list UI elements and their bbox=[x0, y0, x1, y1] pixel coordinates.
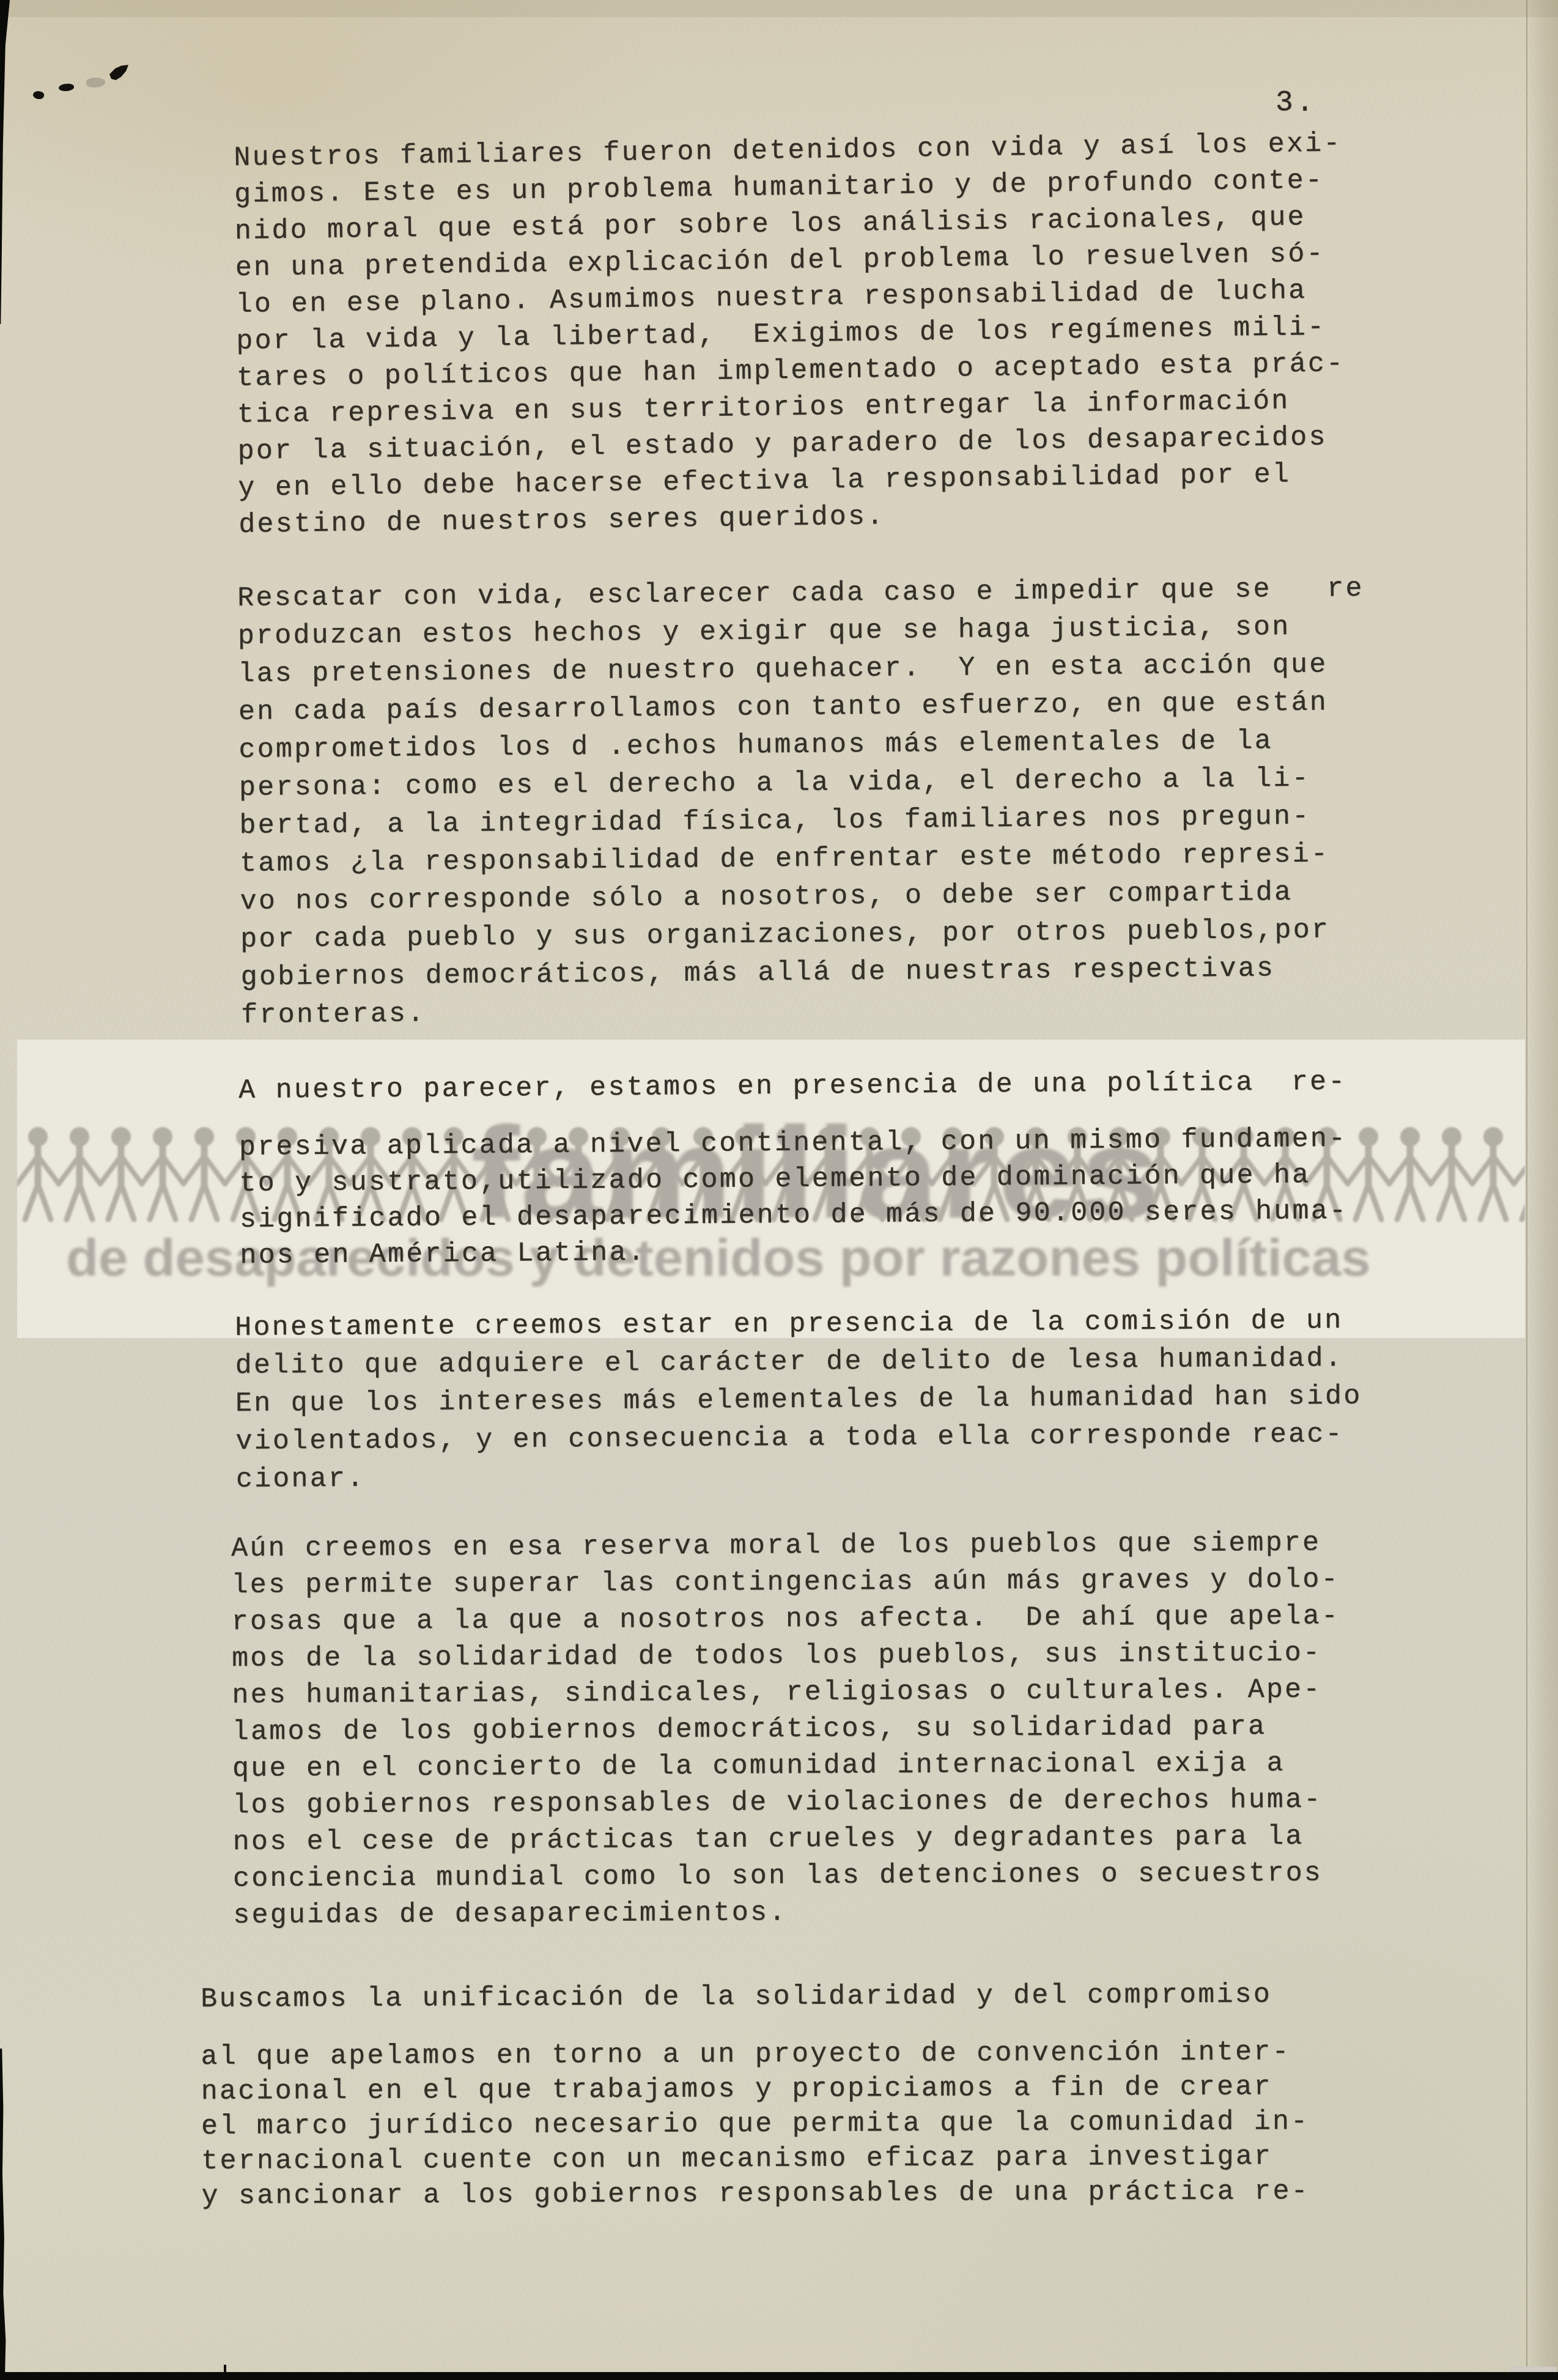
text-line: ternacional cuente con un mecanismo efic… bbox=[201, 2139, 1309, 2179]
text-line: nacional en el que trabajamos y propicia… bbox=[201, 2069, 1309, 2109]
text-line: los gobiernos responsables de violacione… bbox=[232, 1782, 1341, 1824]
text-line: el marco jurídico necesario que permita … bbox=[201, 2104, 1309, 2144]
text-line: les permite superar las contingencias aú… bbox=[231, 1562, 1340, 1604]
paragraph: Rescatar con vida, esclarecer cada caso … bbox=[237, 570, 1368, 1035]
text-line: rosas que a la que a nosotros nos afecta… bbox=[232, 1598, 1340, 1641]
page-right-edge-shadow bbox=[1526, 0, 1558, 2380]
scan-edge bbox=[1510, 2367, 1557, 2372]
paragraph: A nuestro parecer, estamos en presencia … bbox=[238, 1064, 1348, 1274]
text-line: Aún creemos en esa reserva moral de los … bbox=[231, 1525, 1340, 1567]
scan-edge bbox=[224, 2365, 226, 2374]
scanned-document-page: familiares de desaparecidos y detenidos … bbox=[0, 0, 1558, 2380]
text-line: que en el concierto de la comunidad inte… bbox=[232, 1745, 1341, 1787]
text-line: A nuestro parecer, estamos en presencia … bbox=[238, 1064, 1347, 1109]
paragraph: Honestamente creemos estar en presencia … bbox=[235, 1302, 1362, 1499]
text-line: mos de la solidaridad de todos los puebl… bbox=[232, 1635, 1340, 1677]
paragraph: Buscamos la unificación de la solidarida… bbox=[201, 1977, 1310, 2214]
text-line: violentados, y en consecuencia a toda el… bbox=[235, 1416, 1362, 1461]
text-line: nos el cese de prácticas tan crueles y d… bbox=[233, 1819, 1342, 1861]
paragraph: Aún creemos en esa reserva moral de los … bbox=[231, 1525, 1342, 1934]
text-line: lamos de los gobiernos democráticos, su … bbox=[232, 1709, 1341, 1751]
text-line: Buscamos la unificación de la solidarida… bbox=[201, 1977, 1309, 2017]
text-line: cionar. bbox=[236, 1454, 1363, 1499]
paragraph: Nuestros familiares fueron detenidos con… bbox=[234, 125, 1347, 544]
text-line: y sancionar a los gobiernos responsables… bbox=[201, 2174, 1309, 2214]
text-line: seguidas de desaparecimientos. bbox=[233, 1892, 1342, 1934]
document-text: Nuestros familiares fueron detenidos con… bbox=[0, 0, 1558, 2380]
scan-edge bbox=[0, 2372, 1558, 2380]
text-line: nes humanitarias, sindicales, religiosas… bbox=[232, 1672, 1340, 1714]
text-line: al que apelamos en torno a un proyecto d… bbox=[201, 2034, 1309, 2074]
text-line: conciencia mundial como lo son las deten… bbox=[233, 1855, 1342, 1898]
scan-shade-top bbox=[0, 0, 1558, 17]
